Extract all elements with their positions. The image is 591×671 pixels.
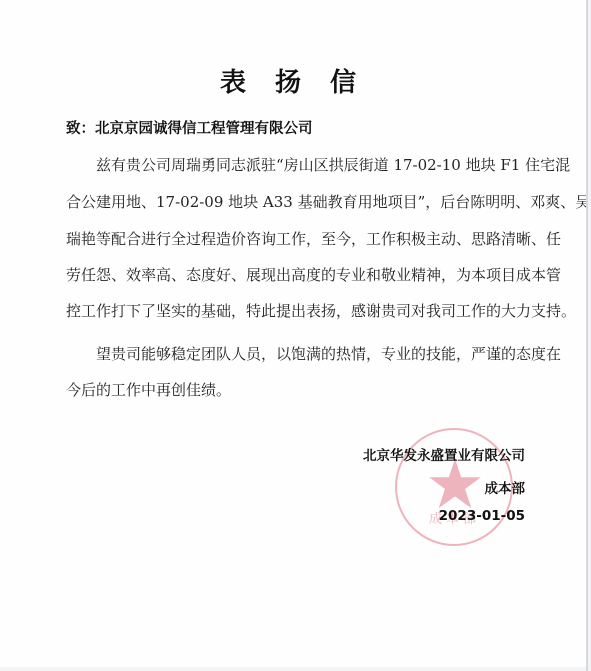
star-icon: [427, 456, 483, 512]
body-line: 兹有贵公司周瑞勇同志派驻“房山区拱辰街道 17-02-10 地块 F1 住宅混: [96, 154, 570, 175]
salutation: 致：北京京园诚得信工程管理有限公司: [66, 117, 313, 138]
letter-title: 表 扬 信: [0, 62, 586, 99]
body-line: 瑞艳等配合进行全过程造价咨询工作，至今，工作积极主动、思路清晰、任: [66, 228, 561, 249]
page-bottom-shade: [0, 667, 586, 671]
body-line: 望贵司能够稳定团队人员，以饱满的热情，专业的技能，严谨的态度在: [96, 343, 561, 364]
letter-page: 表 扬 信 致：北京京园诚得信工程管理有限公司 兹有贵公司周瑞勇同志派驻“房山区…: [0, 0, 586, 671]
body-line: 今后的工作中再创佳绩。: [66, 379, 231, 400]
signature-department: 成本部: [485, 477, 526, 497]
signature-date: 2023-01-05: [439, 508, 525, 524]
signature-company: 北京华发永盛置业有限公司: [363, 444, 525, 464]
body-line: 合公建用地、17-02-09 地块 A33 基础教育用地项目”，后台陈明明、邓爽…: [66, 191, 590, 212]
body-line: 劳任怨、效率高、态度好、展现出高度的专业和敬业精神，为本项目成本管: [66, 264, 561, 285]
body-line: 控工作打下了坚实的基础，特此提出表扬，感谢贵司对我司工作的大力支持。: [66, 300, 576, 321]
